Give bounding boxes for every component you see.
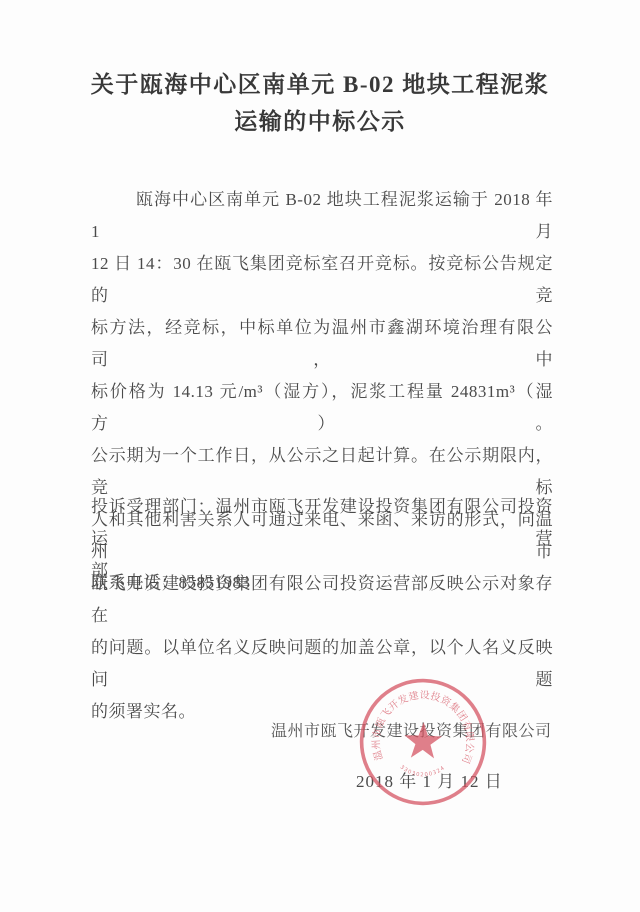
signature-date: 2018 年 1 月 12 日 bbox=[356, 767, 503, 792]
page-title-line-1: 关于瓯海中心区南单元 B-02 地块工程泥浆 bbox=[60, 66, 580, 103]
body-line: 瓯海中心区南单元 B-02 地块工程泥浆运输于 2018 年 1 月 bbox=[91, 184, 553, 248]
body-line: 标方法，经竞标，中标单位为温州市鑫湖环境治理有限公司，中 bbox=[91, 312, 553, 376]
body-line: 标价格为 14.13 元/m³（湿方），泥浆工程量 24831m³（湿方）。 bbox=[91, 376, 553, 440]
page-title-line-2: 运输的中标公示 bbox=[60, 103, 580, 140]
complaint-line: 投诉受理部门：温州市瓯飞开发建设投资集团有限公司投资运营 bbox=[91, 491, 553, 555]
page-title: 关于瓯海中心区南单元 B-02 地块工程泥浆 运输的中标公示 bbox=[60, 66, 580, 140]
announcement-page: 关于瓯海中心区南单元 B-02 地块工程泥浆 运输的中标公示 瓯海中心区南单元 … bbox=[0, 0, 640, 912]
body-paragraph: 瓯海中心区南单元 B-02 地块工程泥浆运输于 2018 年 1 月 12 日 … bbox=[91, 184, 553, 728]
signature-company: 温州市瓯飞开发建设投资集团有限公司 bbox=[271, 718, 552, 741]
body-line: 的问题。以单位名义反映问题的加盖公章，以个人名义反映问题 bbox=[91, 632, 553, 696]
contact-phone: 联系电话：85851983 bbox=[91, 567, 553, 599]
body-line: 12 日 14：30 在瓯飞集团竞标室召开竞标。按竞标公告规定的竞 bbox=[91, 248, 553, 312]
